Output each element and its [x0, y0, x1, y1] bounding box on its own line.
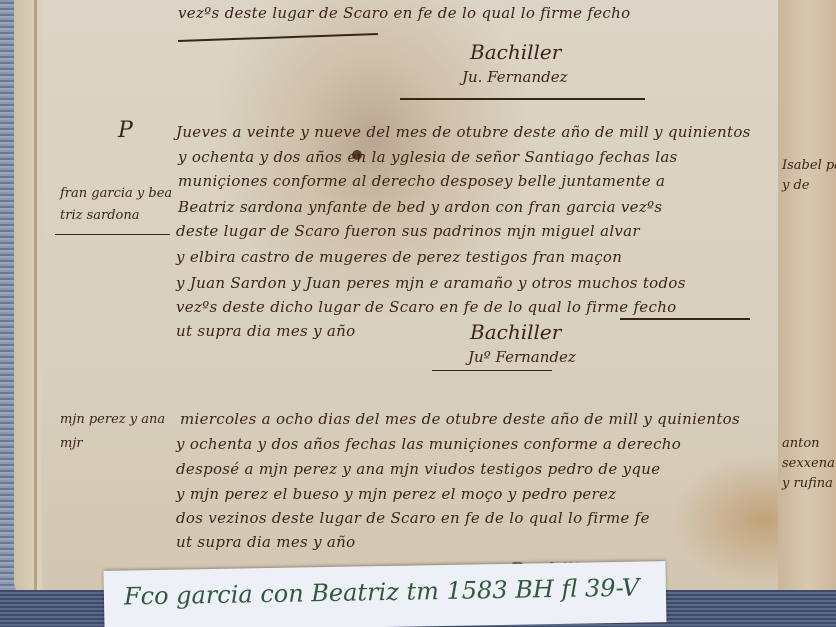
entry-line: Jueves a veinte y nueve del mes de otubr… — [176, 123, 751, 141]
entry-line: y mjn perez el bueso y mjn perez el moço… — [176, 485, 616, 503]
right-page-fragment: sexxena — [782, 456, 835, 471]
entry-line: desposé a mjn perez y ana mjn viudos tes… — [176, 460, 660, 478]
signature-bachiller: Bachiller — [470, 320, 561, 344]
margin-underline — [55, 234, 170, 235]
right-page-fragment: anton — [782, 436, 820, 451]
archive-label-strip: Fco garcia con Beatriz tm 1583 BH fl 39-… — [104, 561, 667, 627]
right-page-fragment: Isabel pa — [782, 158, 836, 173]
signature-rule — [400, 98, 645, 100]
entry-line: y ochenta y dos años en la yglesia de se… — [178, 148, 678, 166]
margin-paraph-mark: P — [118, 118, 133, 143]
entry-line: y elbira castro de mugeres de perez test… — [176, 248, 622, 266]
entry-line: vezºs deste dicho lugar de Scaro en fe d… — [176, 298, 676, 316]
entry-line: y Juan Sardon y Juan peres mjn e aramaño… — [176, 274, 686, 292]
margin-note-line: mjr — [60, 436, 83, 451]
entry-line: y ochenta y dos años fechas las muniçion… — [176, 435, 681, 453]
margin-note-line: triz sardona — [60, 208, 140, 223]
entry-line: ut supra dia mes y año — [176, 533, 355, 551]
entry-line: dos vezinos deste lugar de Scaro en fe d… — [176, 509, 650, 527]
entry-line: miercoles a ocho dias del mes de otubre … — [180, 410, 740, 428]
page-fold-line — [34, 0, 37, 590]
signature-fernandez: Juº Fernandez — [468, 348, 576, 366]
entry-line: muniçiones conforme al derecho desposey … — [178, 172, 665, 190]
next-page-edge — [778, 0, 836, 600]
entry-line: deste lugar de Scaro fueron sus padrinos… — [176, 222, 640, 240]
right-page-fragment: y de — [782, 178, 810, 193]
signature-fernandez: Ju. Fernandez — [462, 68, 568, 86]
signature-bachiller: Bachiller — [470, 40, 561, 64]
signature-rule — [620, 318, 750, 320]
top-fragment-line: vezºs deste lugar de Scaro en fe de lo q… — [178, 4, 630, 22]
archive-label-text: Fco garcia con Beatriz tm 1583 BH fl 39-… — [124, 574, 640, 611]
entry-line: ut supra dia mes y año — [176, 322, 355, 340]
entry-line: Beatriz sardona ynfante de bed y ardon c… — [178, 198, 662, 216]
signature-rule — [432, 370, 552, 371]
margin-note-line: fran garcia y bea — [60, 186, 172, 201]
right-page-fragment: y rufina — [782, 476, 833, 491]
margin-note-line: mjn perez y ana — [60, 412, 165, 427]
